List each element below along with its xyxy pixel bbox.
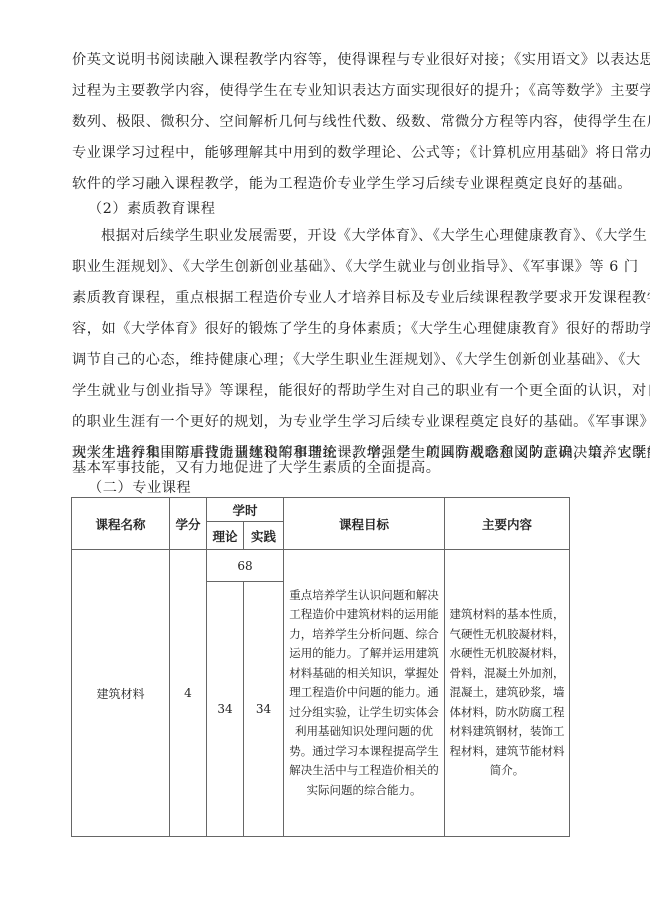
paragraph-line: 调节自己的心态，维持健康心理；《大学生职业生涯规划》、《大学生创新创业基础》、《… [72,350,641,370]
header-theory: 理论 [207,522,244,550]
paragraph-line: 职业生涯规划》、《大学生创新创业基础》、《大学生就业与创业指导》、《军事课》等 … [72,257,639,277]
cell-theory-hours: 34 [207,582,244,837]
header-hours: 学时 [207,498,284,522]
paragraph-line: 软件的学习融入课程教学，能为工程造价专业学生学习后续专业课程奠定良好的基础。 [72,174,632,194]
paragraph-line: 根据对后续学生职业发展需要，开设《大学体育》、《大学生心理健康教育》、《大学生 [101,226,647,246]
cell-total-hours: 68 [207,550,284,582]
paragraph-line: 基本军事技能，又有力地促进了大学生素质的全面提高。 [72,458,440,478]
paragraph-line: 的职业生涯有一个更好的规划，为专业学生学习后续专业课程奠定良好的基础。《军事课》… [72,412,650,432]
paragraph-line: 数列、极限、微积分、空间解析几何与线性代数、级数、常微分方程等内容，使得学生在后… [72,112,650,132]
course-table: 课程名称 学分 学时 课程目标 主要内容 理论 实践 建筑材料 4 68 重点培… [71,497,570,837]
paragraph-line: 专业课学习过程中，能够理解其中用到的数学理论、公式等；《计算机应用基础》将日常办… [72,143,650,163]
cell-course-name: 建筑材料 [72,550,170,837]
header-goal: 课程目标 [284,498,445,550]
header-practice: 实践 [244,522,284,550]
header-content: 主要内容 [445,498,570,550]
section-heading-quality-courses: （2）素质教育课程 [88,199,215,219]
paragraph-line: 价英文说明书阅读融入课程教学内容等，使得课程与专业很好对接；《实用语文》以表达思… [72,50,650,70]
cell-practice-hours: 34 [244,582,284,837]
paragraph-line: 容，如《大学体育》很好的锻炼了学生的身体素质；《大学生心理健康教育》很好的帮助学… [72,319,650,339]
paragraph-line: 过程为主要教学内容，使得学生在专业知识表达方面实现很好的提升；《高等数学》主要学… [72,81,650,101]
cell-credits: 4 [170,550,207,837]
cell-goal: 重点培养学生认识问题和解决工程造价中建筑材料的运用能力，培养学生分析问题、综合运… [284,550,445,837]
cell-content: 建筑材料的基本性质，气硬性无机胶凝材料，水硬性无机胶凝材料，骨料，混凝土外加剂，… [445,550,570,837]
section-heading-professional-courses: （二）专业课程 [88,478,191,498]
paragraph-line: 素质教育课程，重点根据工程造价专业人才培养目标及专业后续课程教学要求开发课程教学… [72,288,650,308]
header-course-name: 课程名称 [72,498,170,550]
header-credits: 学分 [170,498,207,550]
paragraph-line: 学生就业与创业指导》等课程，能很好的帮助学生对自己的职业有一个更全面的认识，对自… [72,381,650,401]
